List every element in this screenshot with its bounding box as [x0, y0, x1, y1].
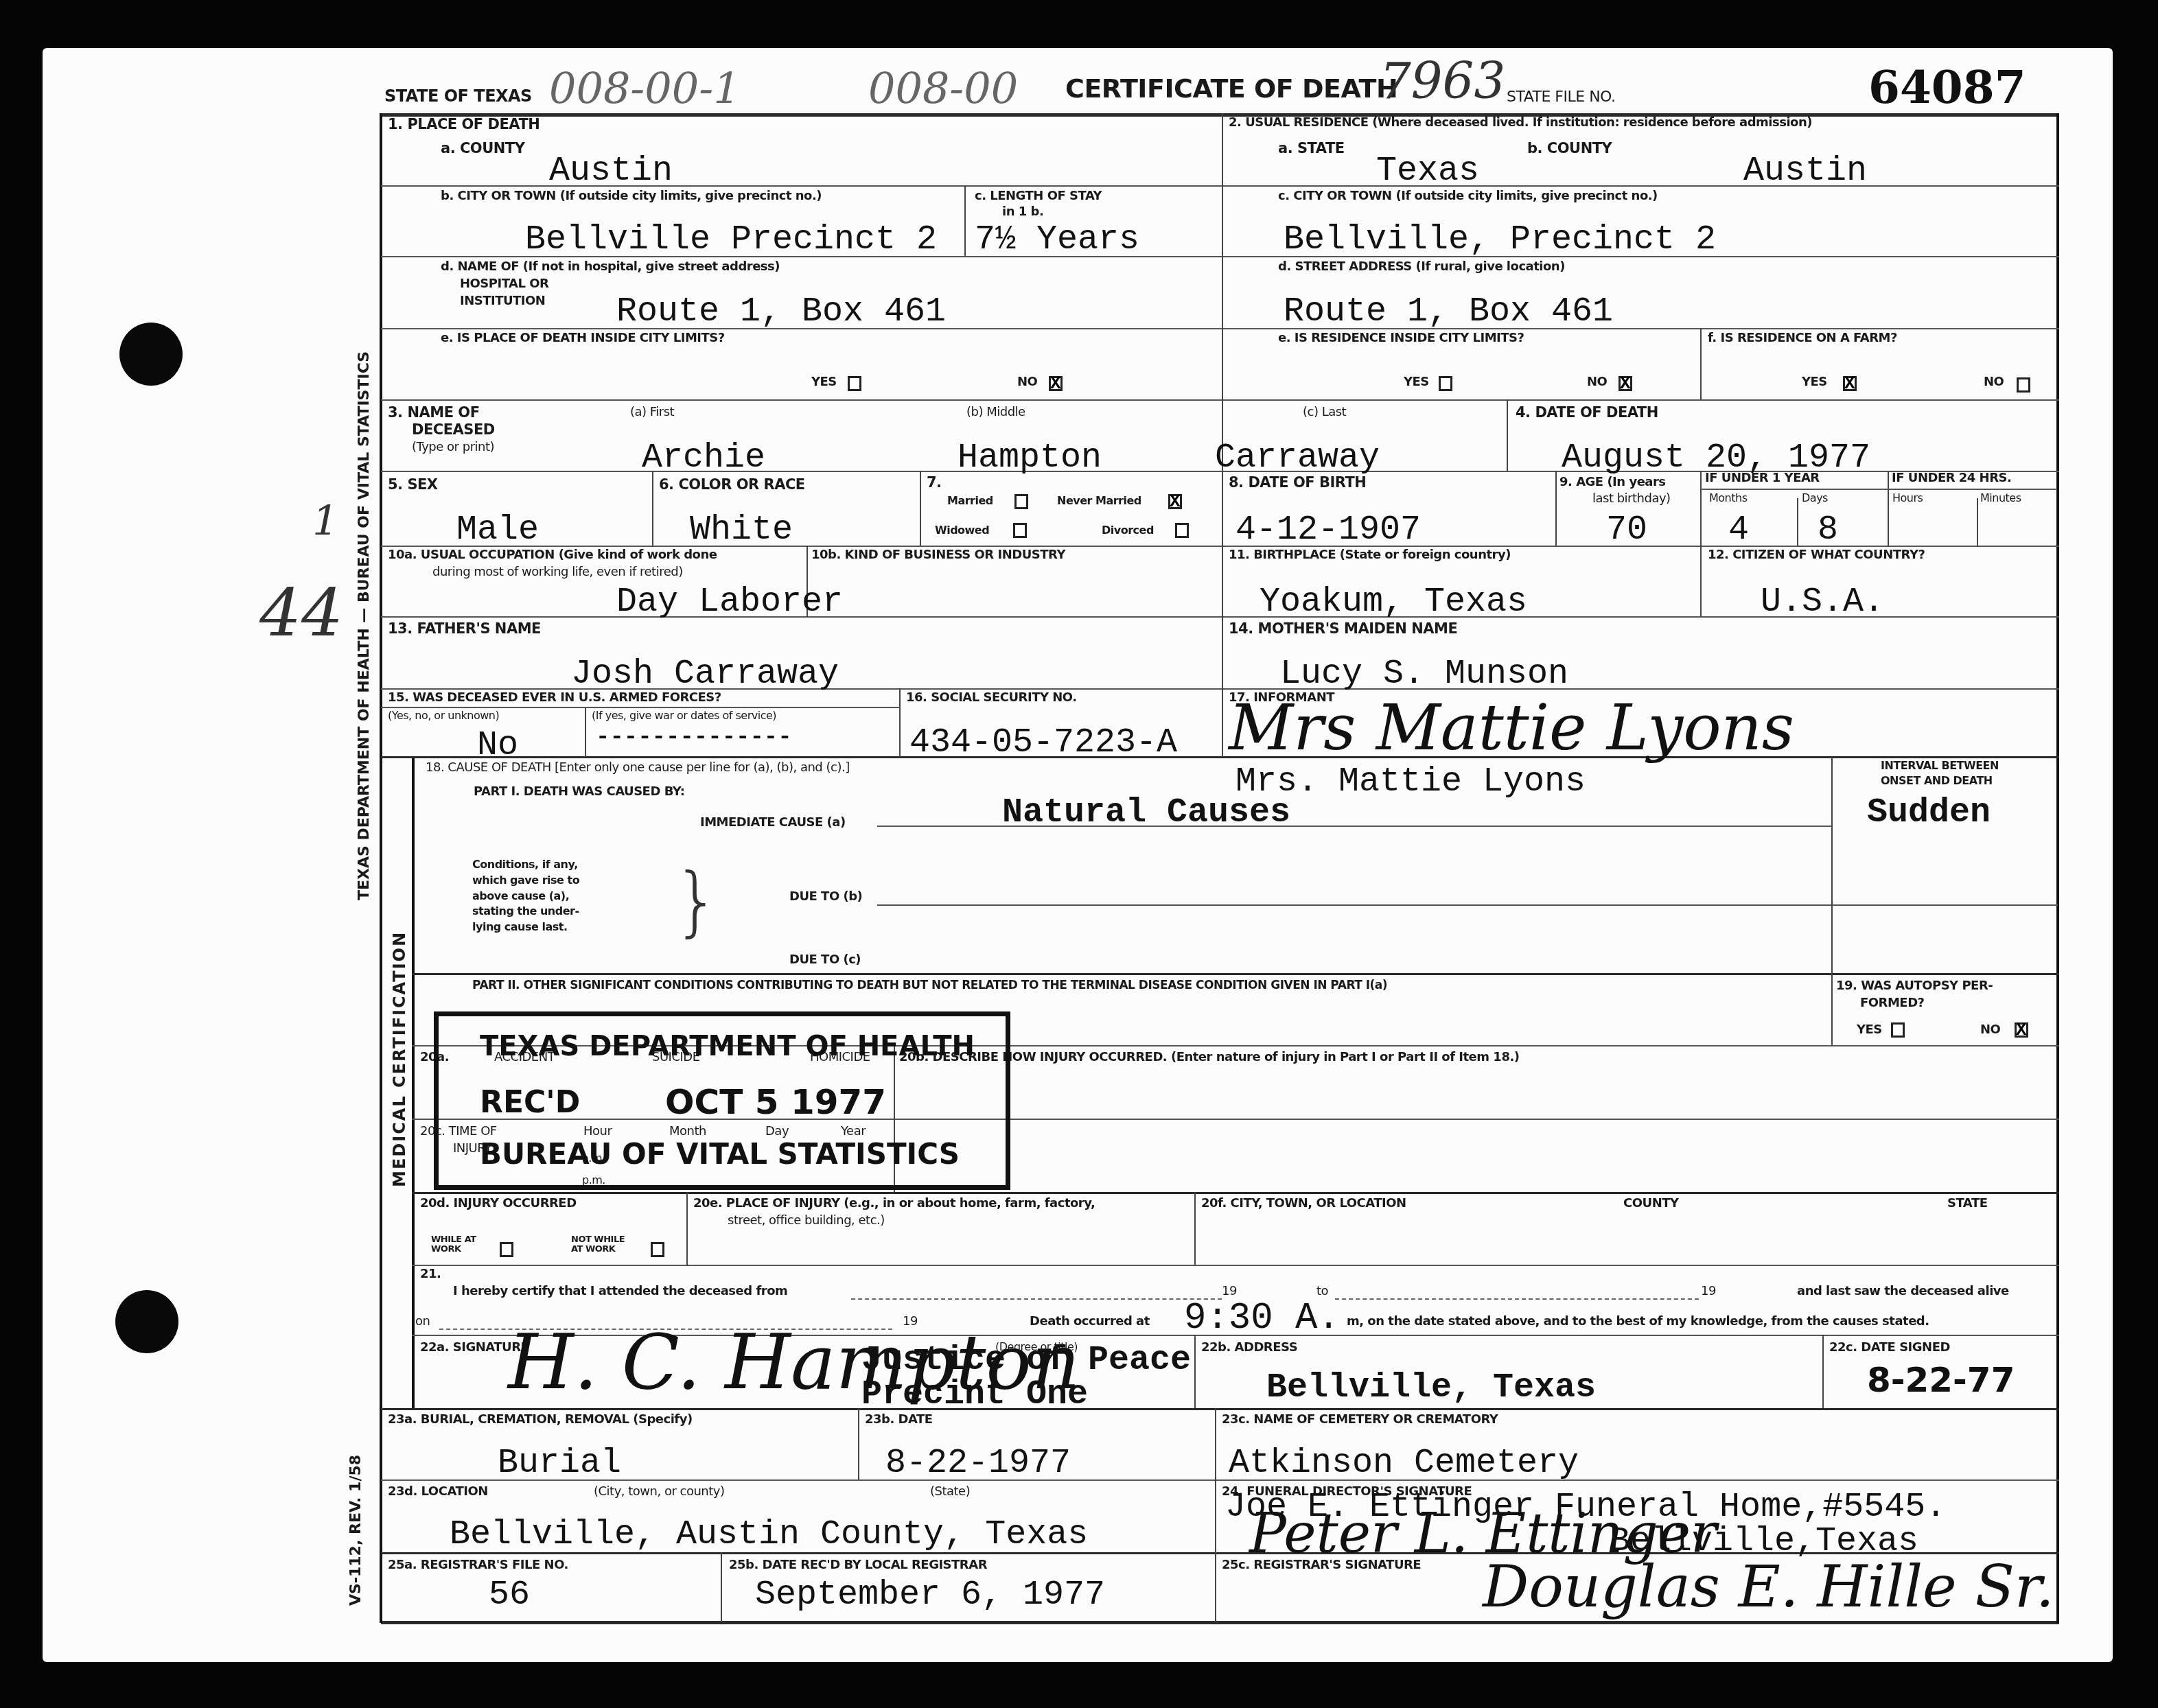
farm-label: f. IS RESIDENCE ON A FARM? — [1708, 332, 1897, 345]
months-label: Months — [1709, 493, 1747, 504]
death-county-value: Austin — [549, 154, 673, 189]
residence-county-label: b. COUNTY — [1527, 141, 1612, 156]
under-1-year-label: IF UNDER 1 YEAR — [1705, 472, 1820, 485]
armed-forces-sublabel: (Yes, no, or unknown) — [388, 710, 499, 722]
immediate-cause-label: IMMEDIATE CAUSE (a) — [700, 817, 846, 830]
institution-label: d. NAME OF (If not in hospital, give str… — [441, 261, 780, 274]
street-address-label: d. STREET ADDRESS (If rural, give locati… — [1278, 261, 1565, 274]
while-at-work-label: WHILE AT WORK — [431, 1235, 486, 1254]
yes-label: YES — [811, 376, 837, 389]
injury-state-label: STATE — [1947, 1197, 1987, 1210]
date-signed-label: 22c. DATE SIGNED — [1829, 1342, 1950, 1355]
birthplace-label: 11. BIRTHPLACE (State or foreign country… — [1229, 549, 1511, 562]
farm-yes-checkbox[interactable] — [1843, 376, 1857, 391]
part-2-label: PART II. OTHER SIGNIFICANT CONDITIONS CO… — [472, 980, 1387, 992]
mother-label: 14. MOTHER'S MAIDEN NAME — [1229, 621, 1457, 636]
married-checkbox[interactable] — [1014, 494, 1028, 509]
under-24-hours-label: IF UNDER 24 HRS. — [1892, 472, 2011, 485]
certification-number: 21. — [420, 1268, 441, 1281]
address-label: 22b. ADDRESS — [1201, 1342, 1297, 1355]
certification-text-1: I hereby certify that I attended the dec… — [453, 1285, 787, 1298]
name-label: 3. NAME OF — [388, 405, 479, 420]
divider — [1888, 471, 1889, 546]
no-label: NO — [1587, 376, 1607, 389]
autopsy-label-2: FORMED? — [1860, 997, 1925, 1010]
sex-label: 5. SEX — [388, 477, 438, 492]
yes-label: YES — [1404, 376, 1429, 389]
divider — [1831, 757, 1833, 1045]
cemetery-value: Atkinson Cemetery — [1229, 1447, 1579, 1481]
race-value: White — [690, 513, 793, 548]
ssn-label: 16. SOCIAL SECURITY NO. — [906, 692, 1077, 705]
not-while-at-work-checkbox[interactable] — [651, 1242, 664, 1257]
title-line-2: Precint One — [861, 1378, 1088, 1412]
while-at-work-checkbox[interactable] — [500, 1242, 513, 1257]
cemetery-label: 23c. NAME OF CEMETERY OR CREMATORY — [1222, 1414, 1498, 1427]
rule — [412, 973, 2059, 975]
divider — [1822, 1335, 1824, 1408]
location-sublabel-2: (State) — [930, 1486, 970, 1499]
never-married-label: Never Married — [1057, 495, 1141, 507]
interval-value: Sudden — [1867, 796, 1991, 830]
father-label: 13. FATHER'S NAME — [388, 621, 541, 636]
stamp-recd: REC'D — [480, 1088, 580, 1118]
length-of-stay-label: c. LENGTH OF STAY — [975, 190, 1102, 203]
street-address-value: Route 1, Box 461 — [1284, 295, 1613, 329]
middle-name-value: Hampton — [958, 441, 1102, 476]
place-of-death-label: 1. PLACE OF DEATH — [388, 117, 539, 132]
handwritten-number: 7963 — [1380, 56, 1505, 106]
minutes-label: Minutes — [1980, 493, 2021, 504]
divider — [686, 1192, 688, 1265]
injury-20e-label: 20e. PLACE OF INJURY (e.g., in or about … — [693, 1197, 1095, 1210]
length-of-stay-sublabel: in 1 b. — [1002, 206, 1043, 219]
residence-inside-limits-no-checkbox[interactable] — [1618, 376, 1632, 391]
location-sublabel-1: (City, town, or county) — [594, 1486, 724, 1499]
nineteen-label: 19 — [1222, 1285, 1237, 1298]
no-label: NO — [1980, 1024, 2000, 1037]
date-signed-value: 8-22-77 — [1867, 1360, 2015, 1400]
length-of-stay-value: 7½ Years — [975, 223, 1139, 257]
name-label-2: DECEASED — [412, 422, 495, 437]
handwritten-margin-tick: 1 — [312, 501, 338, 542]
residence-county-value: Austin — [1743, 154, 1867, 189]
conditions-line: above cause (a), — [472, 891, 579, 902]
date-of-birth-value: 4-12-1907 — [1235, 513, 1421, 548]
divorced-checkbox[interactable] — [1175, 523, 1189, 538]
widowed-checkbox[interactable] — [1013, 523, 1027, 538]
brace-decoration: } — [673, 863, 721, 939]
state-of-texas-label: STATE OF TEXAS — [384, 88, 532, 105]
last-name-value: Carraway — [1215, 441, 1380, 476]
immediate-cause-value: Natural Causes — [1002, 796, 1290, 830]
never-married-checkbox[interactable] — [1168, 494, 1182, 509]
divider — [1194, 1335, 1196, 1408]
father-value: Josh Carraway — [571, 657, 839, 692]
last-name-label: (c) Last — [1303, 406, 1346, 419]
certification-text-3: m, on the date stated above, and to the … — [1347, 1315, 1929, 1329]
divider — [899, 688, 901, 757]
date-of-birth-label: 8. DATE OF BIRTH — [1229, 475, 1366, 490]
ssn-value: 434-05-7223-A — [909, 726, 1177, 760]
armed-forces-value: No — [477, 729, 518, 763]
not-while-at-work-label: NOT WHILE AT WORK — [571, 1235, 633, 1254]
location-value: Bellville, Austin County, Texas — [450, 1518, 1088, 1552]
registrar-date-label: 25b. DATE REC'D BY LOCAL REGISTRAR — [729, 1559, 987, 1572]
citizen-value: U.S.A. — [1761, 585, 1884, 620]
informant-signature: Mrs Mattie Lyons — [1229, 697, 1794, 760]
rule — [412, 1192, 2059, 1194]
divider — [1700, 328, 1702, 399]
days-value: 8 — [1818, 513, 1838, 548]
autopsy-yes-checkbox[interactable] — [1891, 1022, 1905, 1038]
marital-label: 7. — [927, 475, 942, 490]
divider — [1215, 1408, 1216, 1622]
divorced-label: Divorced — [1102, 525, 1154, 537]
first-name-value: Archie — [642, 441, 765, 476]
widowed-label: Widowed — [935, 525, 989, 537]
due-to-b-label: DUE TO (b) — [789, 891, 862, 904]
divider — [1222, 113, 1223, 616]
death-inside-limits-no-checkbox[interactable] — [1049, 376, 1063, 391]
death-inside-limits-yes-checkbox[interactable] — [848, 376, 861, 391]
on-label: on — [415, 1315, 430, 1329]
age-value: 70 — [1606, 513, 1647, 548]
divider — [1700, 546, 1702, 616]
handwritten-code-2: 008-00 — [868, 67, 1018, 110]
service-sublabel: (If yes, give war or dates of service) — [592, 710, 776, 722]
stamp-line-1: TEXAS DEPARTMENT OF HEALTH — [480, 1033, 975, 1060]
name-label-3: (Type or print) — [412, 441, 494, 454]
institution-label-3: INSTITUTION — [460, 295, 545, 308]
occupation-label: 10a. USUAL OCCUPATION (Give kind of work… — [388, 549, 717, 562]
location-label: 23d. LOCATION — [388, 1486, 488, 1499]
residence-state-label: a. STATE — [1278, 141, 1345, 156]
divider — [1700, 471, 1702, 546]
date-of-death-label: 4. DATE OF DEATH — [1516, 405, 1658, 420]
rule — [381, 1408, 2059, 1410]
injury-20d-label: 20d. INJURY OCCURRED — [420, 1197, 577, 1210]
burial-date-label: 23b. DATE — [865, 1414, 933, 1427]
no-label: NO — [1984, 376, 2004, 389]
farm-no-checkbox[interactable] — [2017, 377, 2030, 393]
burial-date-value: 8-22-1977 — [885, 1447, 1071, 1481]
handwritten-code-1: 008-00-1 — [549, 67, 741, 110]
middle-name-label: (b) Middle — [966, 406, 1025, 419]
residence-state-value: Texas — [1376, 154, 1479, 189]
divider — [721, 1552, 722, 1622]
service-value: -------------- — [596, 726, 792, 749]
certificate-paper — [43, 48, 2113, 1662]
conditions-line: Conditions, if any, — [472, 859, 579, 871]
rule — [381, 707, 899, 708]
vertical-agency-label: TEXAS DEPARTMENT OF HEALTH — BUREAU OF V… — [356, 351, 373, 900]
rule — [1335, 1298, 1699, 1300]
state-file-label: STATE FILE NO. — [1507, 89, 1616, 105]
usual-residence-label: 2. USUAL RESIDENCE (Where deceased lived… — [1229, 117, 1812, 130]
registrar-signature: Douglas E. Hille Sr. — [1483, 1558, 2054, 1615]
interval-label-2: ONSET AND DEATH — [1881, 775, 1993, 787]
stamp-date: OCT 5 1977 — [665, 1085, 886, 1119]
age-label: 9. AGE (In years — [1559, 476, 1666, 489]
county-label: a. COUNTY — [441, 141, 524, 156]
to-label: to — [1316, 1285, 1328, 1298]
injury-20f-label: 20f. CITY, TOWN, OR LOCATION — [1201, 1197, 1406, 1210]
mother-value: Lucy S. Munson — [1280, 657, 1568, 692]
state-file-number: 64087 — [1868, 60, 2026, 114]
rule — [851, 1298, 1222, 1300]
hours-label: Hours — [1892, 493, 1923, 504]
received-stamp: TEXAS DEPARTMENT OF HEALTH REC'D OCT 5 1… — [434, 1011, 1010, 1190]
cause-of-death-label: 18. CAUSE OF DEATH [Enter only one cause… — [426, 762, 850, 775]
citizen-label: 12. CITIZEN OF WHAT COUNTRY? — [1708, 549, 1925, 562]
death-city-label: b. CITY OR TOWN (If outside city limits,… — [441, 190, 822, 203]
rule — [381, 1479, 2059, 1481]
months-value: 4 — [1728, 513, 1749, 548]
rule — [381, 399, 2059, 401]
vertical-medical-certification: MEDICAL CERTIFICATION — [390, 931, 409, 1187]
divider — [1507, 399, 1508, 471]
occupation-value: Day Laborer — [616, 585, 843, 620]
first-name-label: (a) First — [630, 406, 674, 419]
registrar-file-value: 56 — [489, 1578, 530, 1613]
conditions-line: lying cause last. — [472, 922, 579, 933]
residence-city-value: Bellville, Precinct 2 — [1284, 223, 1716, 257]
yes-label: YES — [1857, 1024, 1882, 1037]
rule — [412, 1265, 2059, 1266]
residence-inside-limits-label: e. IS RESIDENCE INSIDE CITY LIMITS? — [1278, 332, 1524, 345]
birthplace-value: Yoakum, Texas — [1260, 585, 1527, 620]
occupation-sublabel: during most of working life, even if ret… — [432, 566, 683, 579]
handwritten-margin-number: 44 — [259, 580, 343, 646]
injury-county-label: COUNTY — [1623, 1197, 1679, 1210]
days-label: Days — [1802, 493, 1828, 504]
conditions-line: which gave rise to — [472, 875, 579, 887]
divider — [652, 471, 653, 546]
rule — [381, 756, 2059, 758]
interval-label: INTERVAL BETWEEN — [1881, 760, 1999, 772]
medical-frame-left — [412, 757, 415, 1409]
certification-text-2: and last saw the deceased alive — [1797, 1285, 2009, 1298]
frame-bottom — [381, 1621, 2059, 1624]
punch-hole-top — [119, 323, 183, 386]
institution-value: Route 1, Box 461 — [616, 295, 946, 329]
registrar-date-value: September 6, 1977 — [755, 1578, 1105, 1613]
divider — [920, 471, 921, 546]
registrar-file-label: 25a. REGISTRAR'S FILE NO. — [388, 1559, 568, 1572]
frame-left — [380, 113, 382, 1623]
stamp-line-3: BUREAU OF VITAL STATISTICS — [480, 1140, 960, 1169]
divider — [1977, 498, 1978, 546]
institution-label-2: HOSPITAL OR — [460, 278, 548, 291]
autopsy-label: 19. WAS AUTOPSY PER- — [1836, 980, 1993, 993]
yes-label: YES — [1802, 376, 1827, 389]
due-to-c-label: DUE TO (c) — [789, 954, 861, 967]
divider — [1555, 471, 1557, 546]
race-label: 6. COLOR OR RACE — [659, 477, 805, 492]
divider — [585, 707, 586, 757]
divider — [1797, 498, 1798, 546]
burial-type-value: Burial — [498, 1447, 621, 1481]
rule-due-b — [877, 904, 2058, 906]
conditions-note: Conditions, if any, which gave rise to a… — [472, 859, 579, 933]
death-inside-limits-label: e. IS PLACE OF DEATH INSIDE CITY LIMITS? — [441, 332, 725, 345]
business-label: 10b. KIND OF BUSINESS OR INDUSTRY — [811, 549, 1065, 562]
burial-type-label: 23a. BURIAL, CREMATION, REMOVAL (Specify… — [388, 1414, 693, 1427]
autopsy-no-checkbox[interactable] — [2015, 1022, 2028, 1038]
rule — [381, 546, 2059, 547]
residence-inside-limits-yes-checkbox[interactable] — [1439, 376, 1452, 391]
age-sublabel: last birthday) — [1592, 493, 1671, 506]
rule — [1700, 489, 2057, 490]
armed-forces-label: 15. WAS DECEASED EVER IN U.S. ARMED FORC… — [388, 692, 721, 705]
document-title: CERTIFICATE OF DEATH — [1065, 75, 1397, 103]
divider — [964, 185, 966, 256]
part-1-label: PART I. DEATH WAS CAUSED BY: — [474, 786, 685, 799]
residence-city-label: c. CITY OR TOWN (If outside city limits,… — [1278, 190, 1658, 203]
injury-20e-sublabel: street, office building, etc.) — [728, 1215, 885, 1228]
address-value: Bellville, Texas — [1266, 1371, 1596, 1405]
death-city-value: Bellville Precinct 2 — [525, 223, 937, 257]
divider — [1222, 616, 1223, 757]
married-label: Married — [947, 495, 993, 507]
form-number: VS-112, REV. 1/58 — [347, 1455, 364, 1606]
conditions-line: stating the under- — [472, 906, 579, 917]
punch-hole-bottom — [115, 1290, 178, 1353]
sex-value: Male — [456, 513, 539, 548]
no-label: NO — [1017, 376, 1037, 389]
nineteen-label: 19 — [1701, 1285, 1716, 1298]
divider — [858, 1408, 859, 1479]
title-line-1: Justice of Peace — [861, 1344, 1191, 1378]
time-of-death-value: 9:30 A. — [1184, 1300, 1340, 1337]
frame-right — [2056, 113, 2059, 1623]
divider — [1194, 1192, 1196, 1265]
registrar-signature-label: 25c. REGISTRAR'S SIGNATURE — [1222, 1559, 1421, 1572]
